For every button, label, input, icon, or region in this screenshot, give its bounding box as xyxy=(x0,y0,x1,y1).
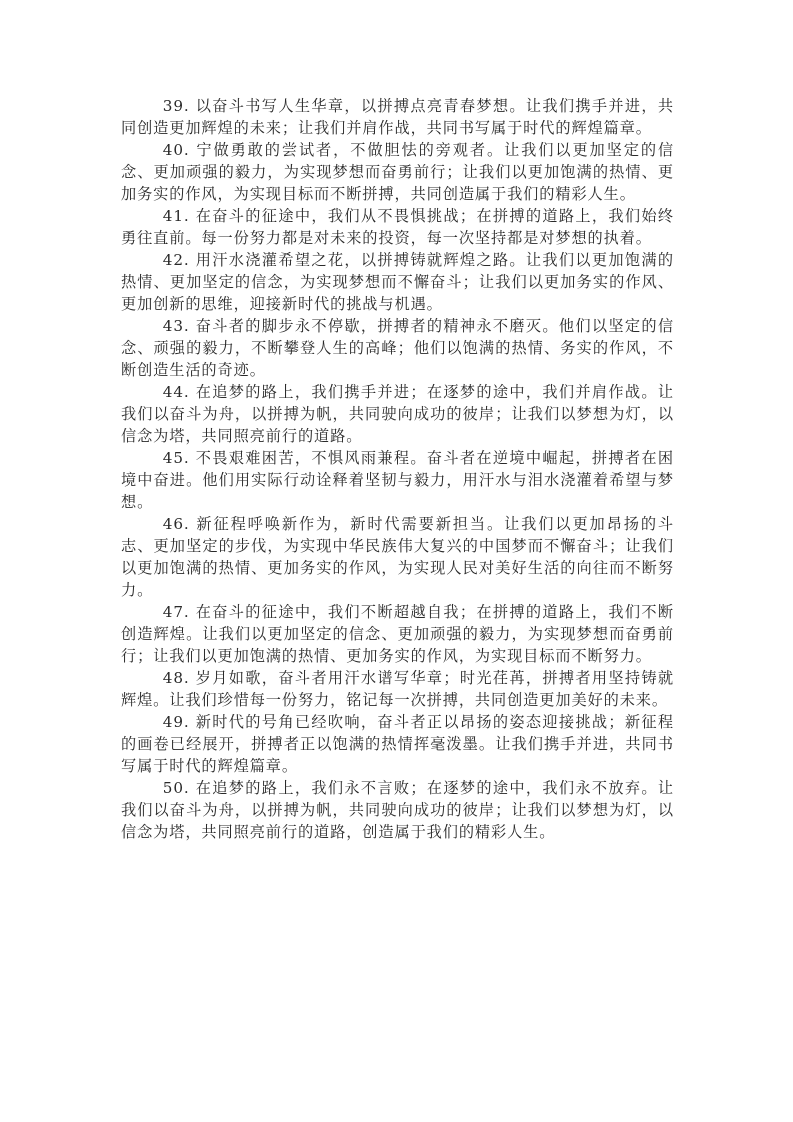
paragraph-42: 42. 用汗水浇灌希望之花，以拼搏铸就辉煌之路。让我们以更加饱满的热情、更加坚定… xyxy=(121,249,674,315)
paragraph-45: 45. 不畏艰难困苦，不惧风雨兼程。奋斗者在逆境中崛起，拼搏者在困境中奋进。他们… xyxy=(121,447,674,513)
paragraph-44: 44. 在追梦的路上，我们携手并进；在逐梦的途中，我们并肩作战。让我们以奋斗为舟… xyxy=(121,381,674,447)
document-page: 39. 以奋斗书写人生华章，以拼搏点亮青春梦想。让我们携手并进，共同创造更加辉煌… xyxy=(121,95,674,843)
paragraph-41: 41. 在奋斗的征途中，我们从不畏惧挑战；在拼搏的道路上，我们始终勇往直前。每一… xyxy=(121,205,674,249)
paragraph-46: 46. 新征程呼唤新作为，新时代需要新担当。让我们以更加昂扬的斗志、更加坚定的步… xyxy=(121,513,674,601)
paragraph-43: 43. 奋斗者的脚步永不停歇，拼搏者的精神永不磨灭。他们以坚定的信念、顽强的毅力… xyxy=(121,315,674,381)
paragraph-48: 48. 岁月如歌，奋斗者用汗水谱写华章；时光荏苒，拼搏者用坚持铸就辉煌。让我们珍… xyxy=(121,667,674,711)
paragraph-39: 39. 以奋斗书写人生华章，以拼搏点亮青春梦想。让我们携手并进，共同创造更加辉煌… xyxy=(121,95,674,139)
paragraph-47: 47. 在奋斗的征途中，我们不断超越自我；在拼搏的道路上，我们不断创造辉煌。让我… xyxy=(121,601,674,667)
paragraph-40: 40. 宁做勇敢的尝试者，不做胆怯的旁观者。让我们以更加坚定的信念、更加顽强的毅… xyxy=(121,139,674,205)
paragraph-49: 49. 新时代的号角已经吹响，奋斗者正以昂扬的姿态迎接挑战；新征程的画卷已经展开… xyxy=(121,711,674,777)
paragraph-50: 50. 在追梦的路上，我们永不言败；在逐梦的途中，我们永不放弃。让我们以奋斗为舟… xyxy=(121,777,674,843)
